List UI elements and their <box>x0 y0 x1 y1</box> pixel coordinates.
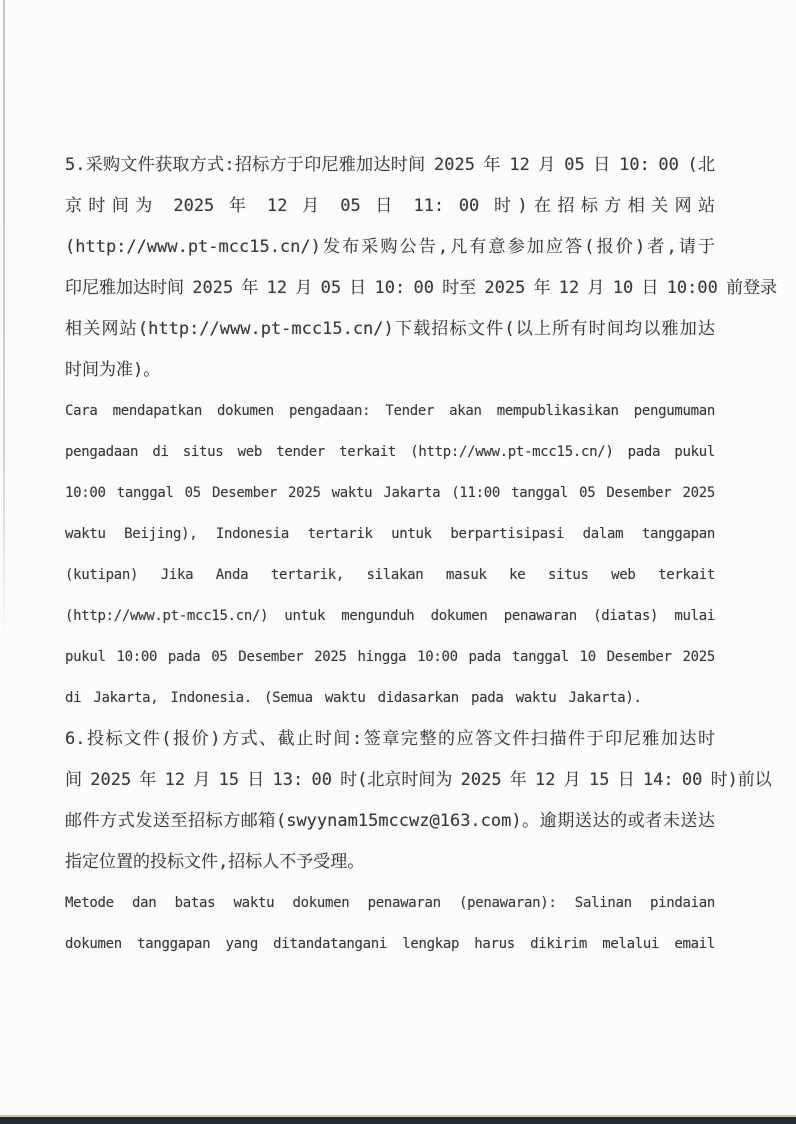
text-line: 时间为准)。 <box>65 350 715 391</box>
text-line: 指定位置的投标文件,招标人不予受理。 <box>65 842 715 883</box>
text-line: (http://www.pt-mcc15.cn/) untuk mengundu… <box>65 596 715 637</box>
text-line: waktu Beijing), Indonesia tertarik untuk… <box>65 514 715 555</box>
text-line: (kutipan) Jika Anda tertarik, silakan ma… <box>65 555 715 596</box>
text-line: pengadaan di situs web tender terkait (h… <box>65 432 715 473</box>
text-line: 京时间为 2025 年 12 月 05 日 11: 00 时)在招标方相关网站 <box>65 186 715 227</box>
scanned-document-page: 5.采购文件获取方式:招标方于印尼雅加达时间 2025 年 12 月 05 日 … <box>0 0 796 1124</box>
text-line: 印尼雅加达时间 2025 年 12 月 05 日 10: 00 时至 2025 … <box>65 268 715 309</box>
scan-left-edge-artifact <box>3 0 5 640</box>
text-line: di Jakarta, Indonesia. (Semua waktu dida… <box>65 678 715 719</box>
text-line: 相关网站(http://www.pt-mcc15.cn/)下载招标文件(以上所有… <box>65 309 715 350</box>
text-line: pukul 10:00 pada 05 Desember 2025 hingga… <box>65 637 715 678</box>
scan-bottom-bar-artifact <box>0 1117 796 1124</box>
text-line: Metode dan batas waktu dokumen penawaran… <box>65 883 715 924</box>
text-line: dokumen tanggapan yang ditandatangani le… <box>65 924 715 965</box>
text-line: Cara mendapatkan dokumen pengadaan: Tend… <box>65 391 715 432</box>
text-line: 邮件方式发送至招标方邮箱(swyynam15mccwz@163.com)。逾期送… <box>65 801 715 842</box>
document-text-block: 5.采购文件获取方式:招标方于印尼雅加达时间 2025 年 12 月 05 日 … <box>65 145 715 965</box>
text-line: 间 2025 年 12 月 15 日 13: 00 时(北京时间为 2025 年… <box>65 760 715 801</box>
text-line: 6.投标文件(报价)方式、截止时间:签章完整的应答文件扫描件于印尼雅加达时 <box>65 719 715 760</box>
text-line: 10:00 tanggal 05 Desember 2025 waktu Jak… <box>65 473 715 514</box>
text-line: 5.采购文件获取方式:招标方于印尼雅加达时间 2025 年 12 月 05 日 … <box>65 145 715 186</box>
text-line: (http://www.pt-mcc15.cn/)发布采购公告,凡有意参加应答(… <box>65 227 715 268</box>
